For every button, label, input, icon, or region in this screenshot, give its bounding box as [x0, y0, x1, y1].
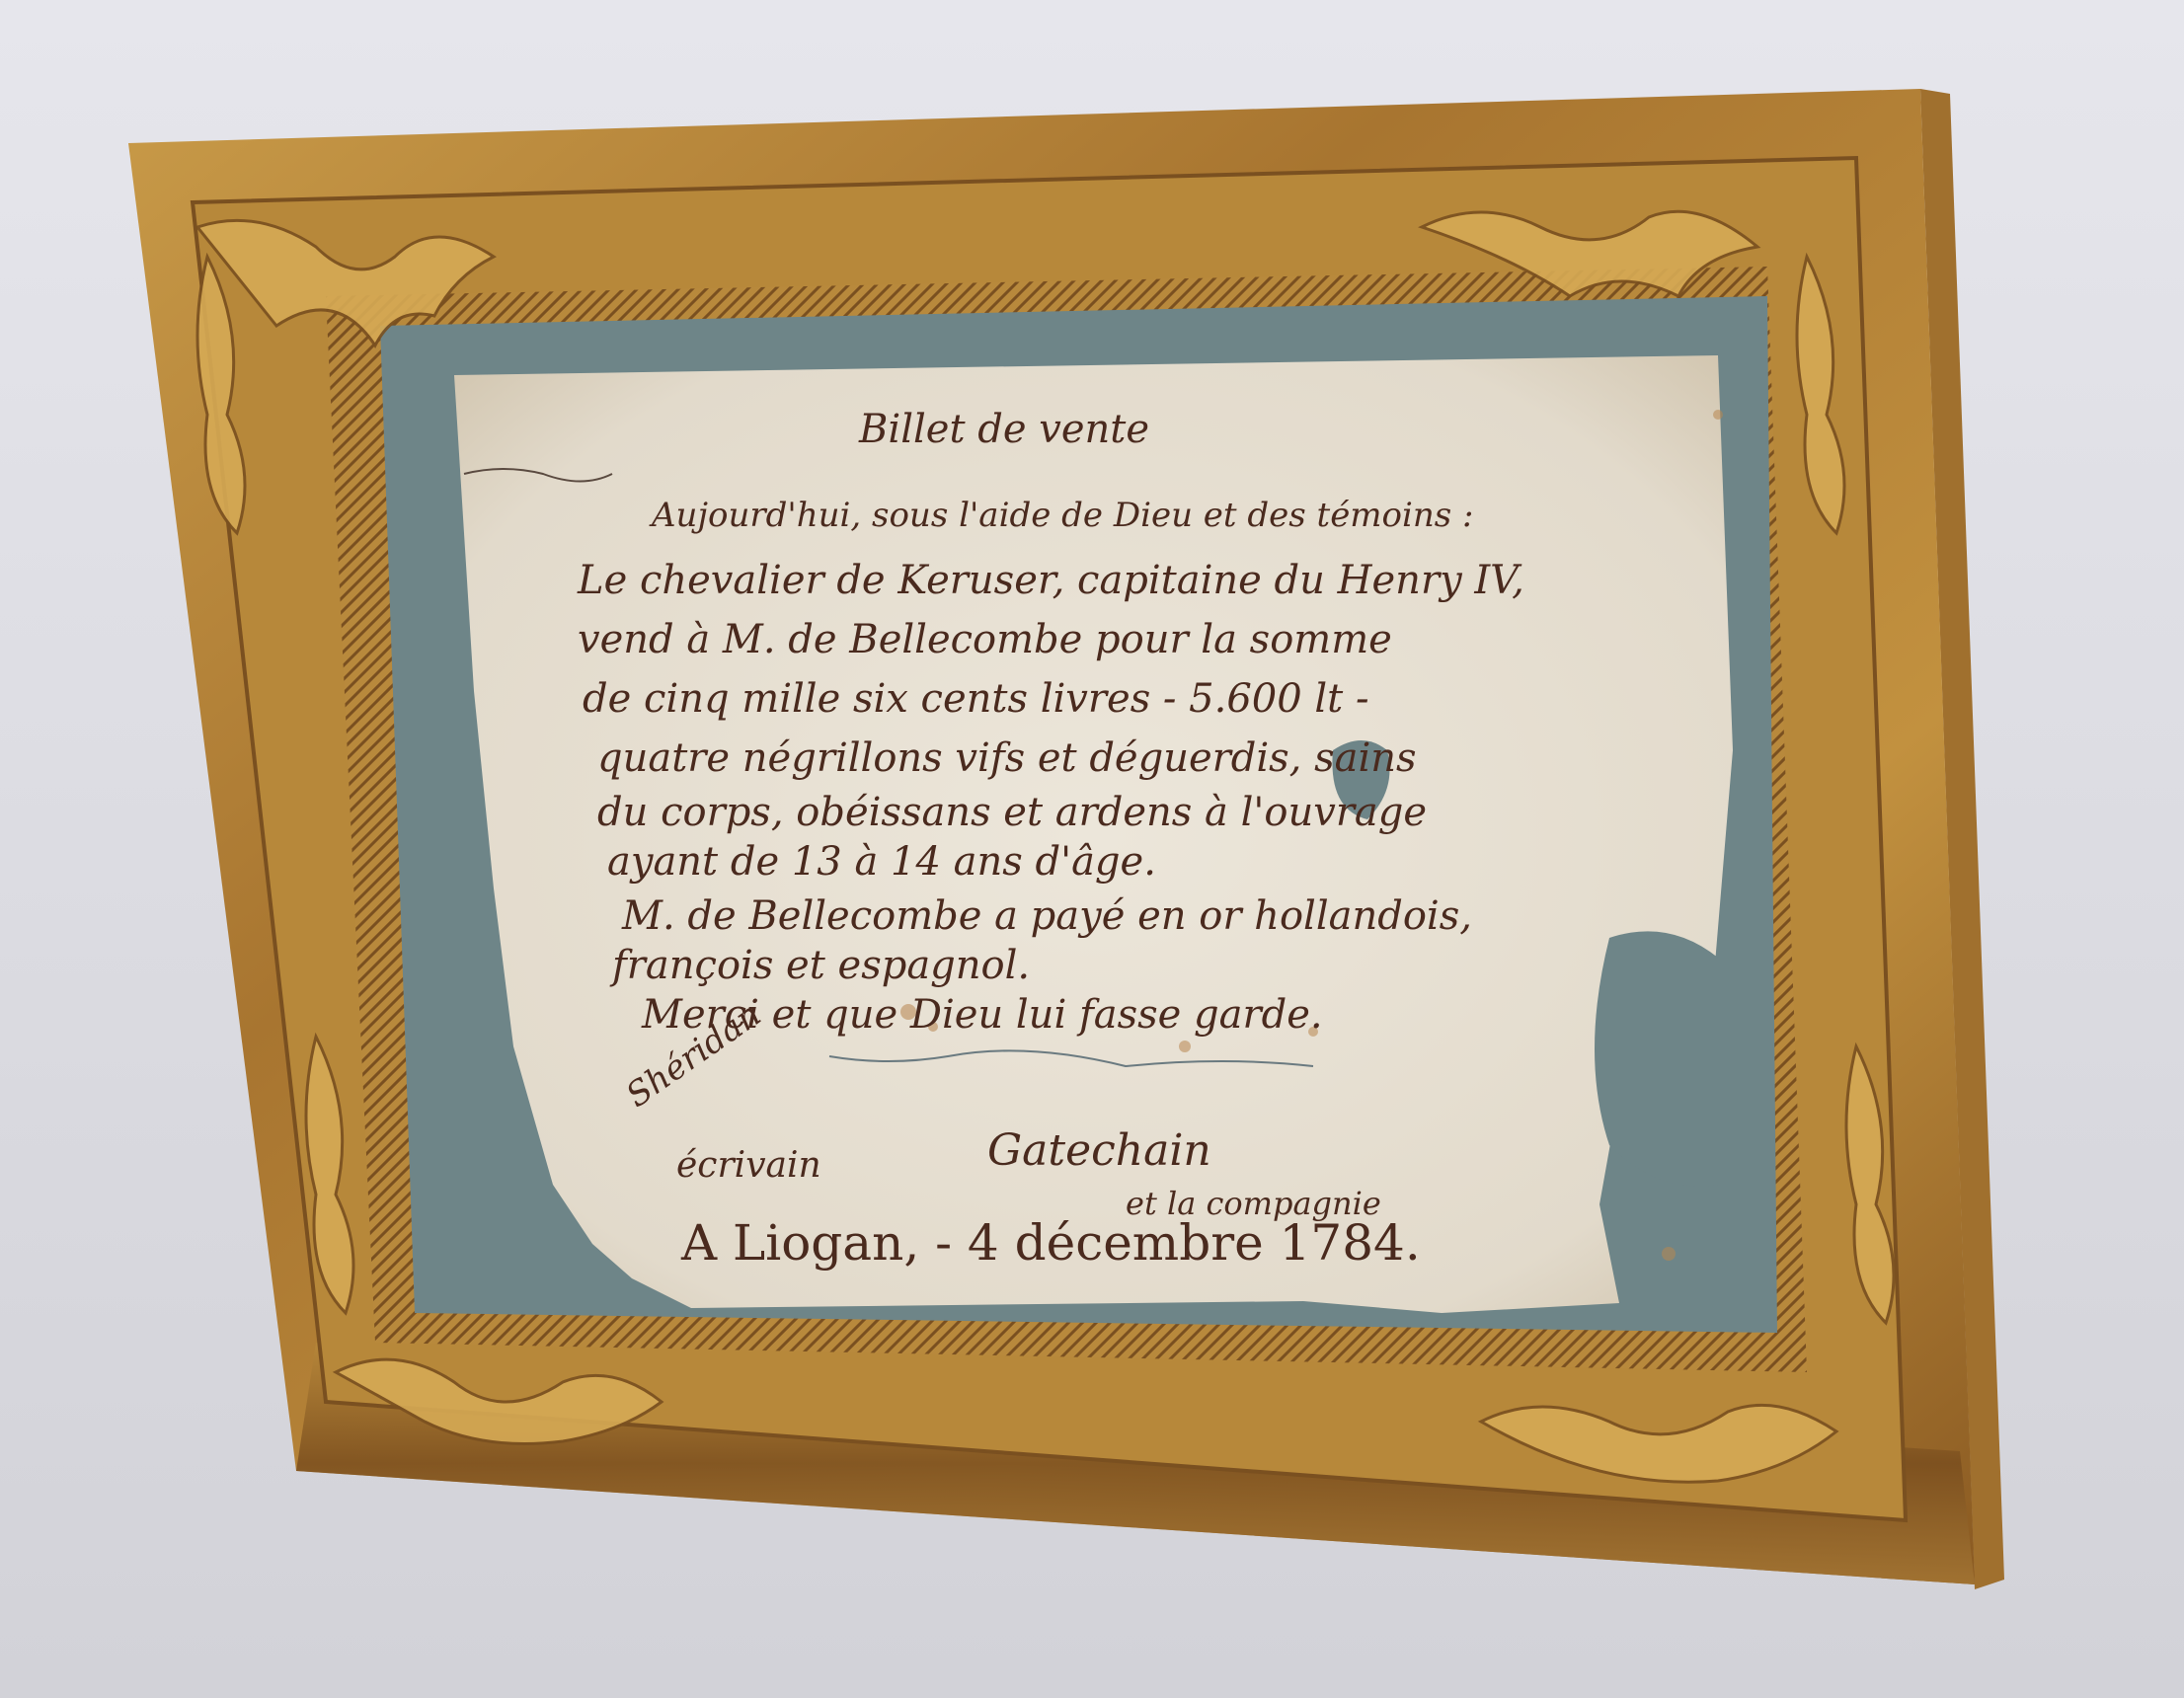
document-line: vend à M. de Bellecombe pour la somme	[578, 617, 1392, 662]
document-line: Aujourd'hui, sous l'aide de Dieu et des …	[652, 496, 1474, 535]
document-line: du corps, obéissans et ardens à l'ouvrag…	[597, 790, 1427, 835]
document-line: ayant de 13 à 14 ans d'âge.	[607, 839, 1156, 885]
document-title: Billet de vente	[859, 407, 1149, 452]
signature-center-name: Gatechain	[987, 1125, 1211, 1176]
document-line: Le chevalier de Keruser, capitaine du He…	[578, 558, 1524, 603]
paper-torn-area	[1595, 931, 1718, 1186]
document-line: de cinq mille six cents livres - 5.600 l…	[583, 676, 1368, 722]
signature-left-title: écrivain	[676, 1145, 821, 1186]
place-and-date: A Liogan, - 4 décembre 1784.	[681, 1214, 1421, 1272]
document-line: françois et espagnol.	[612, 943, 1030, 988]
document-line: quatre négrillons vifs et déguerdis, sai…	[597, 735, 1417, 781]
document-line: M. de Bellecombe a payé en or hollandois…	[622, 893, 1472, 939]
